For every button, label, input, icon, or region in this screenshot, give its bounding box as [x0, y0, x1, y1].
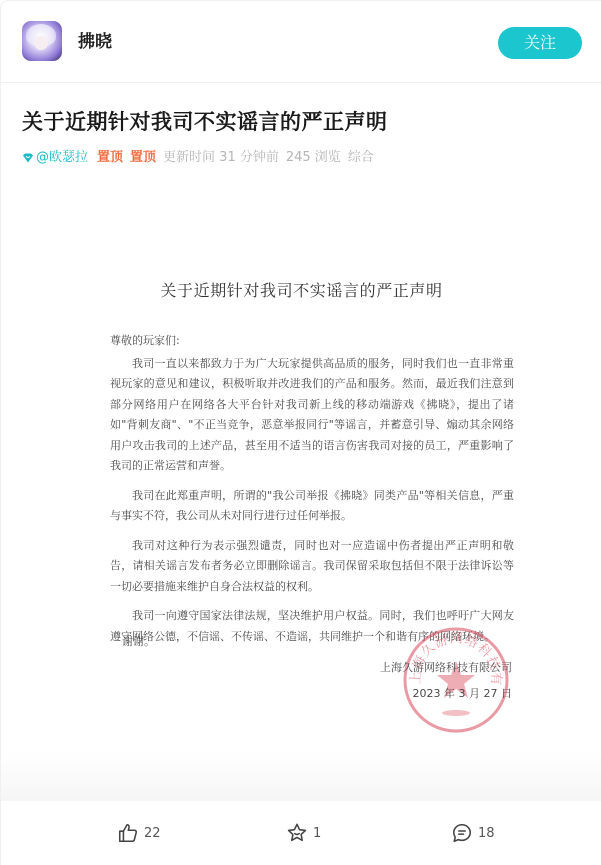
updated-time: 更新时间 31 分钟前	[163, 148, 279, 168]
post-title: 关于近期针对我司不实谣言的严正声明	[22, 107, 388, 137]
document-signature: 上海久游网络科技有限公司 2023 年 3 月 27 日	[380, 655, 512, 707]
document-paragraph: 我司一直以来都致力于为广大玩家提供高品质的服务，同时我们也一直非常重视玩家的意见…	[110, 354, 514, 477]
app-header: 拂晓 关注	[1, 1, 601, 83]
document-thanks: 谢谢。	[122, 633, 155, 649]
favorite-count: 1	[313, 826, 321, 841]
author-link[interactable]: @欧瑟拉	[36, 148, 88, 168]
action-bar: 22 1 18	[1, 801, 601, 865]
star-icon	[286, 822, 308, 844]
image-fade-overlay	[1, 751, 601, 801]
thumbs-up-icon	[117, 822, 139, 844]
comment-button[interactable]: 18	[451, 821, 495, 845]
statement-image[interactable]: 关于近期针对我司不实谣言的严正声明 尊敬的玩家们: 我司一直以来都致力于为广大玩…	[1, 185, 601, 801]
follow-button[interactable]: 关注	[498, 27, 582, 59]
favorite-button[interactable]: 1	[286, 821, 321, 845]
document-paragraph: 我司在此郑重声明，所谓的"我公司举报《拂晓》同类产品"等相关信息，严重与事实不符…	[110, 486, 514, 527]
document-body: 尊敬的玩家们: 我司一直以来都致力于为广大玩家提供高品质的服务，同时我们也一直非…	[110, 331, 514, 656]
view-count: 245 浏览	[286, 148, 341, 168]
document-paragraph: 我司对这种行为表示强烈谴责，同时也对一应造谣中伤者提出严正声明和敬告，请相关谣言…	[110, 536, 514, 598]
comment-count: 18	[478, 826, 495, 841]
diamond-heart-icon	[22, 152, 34, 164]
app-avatar[interactable]	[22, 21, 62, 61]
category-tag[interactable]: 综合	[348, 148, 374, 168]
company-name: 上海久游网络科技有限公司	[380, 655, 512, 681]
document-title: 关于近期针对我司不实谣言的严正声明	[1, 280, 601, 302]
post-page: 拂晓 关注 关于近期针对我司不实谣言的严正声明 @欧瑟拉 置顶 置顶 更新时间 …	[0, 0, 601, 865]
like-button[interactable]: 22	[117, 821, 161, 845]
comment-icon	[451, 822, 473, 844]
like-count: 22	[144, 826, 161, 841]
app-name[interactable]: 拂晓	[78, 30, 112, 54]
document-greeting: 尊敬的玩家们:	[110, 331, 514, 352]
document-date: 2023 年 3 月 27 日	[380, 681, 512, 707]
pinned-badge: 置顶	[97, 148, 123, 168]
avatar-face-shape	[34, 36, 48, 50]
post-meta: @欧瑟拉 置顶 置顶 更新时间 31 分钟前 245 浏览 综合	[22, 148, 381, 168]
pinned-badge: 置顶	[130, 148, 156, 168]
